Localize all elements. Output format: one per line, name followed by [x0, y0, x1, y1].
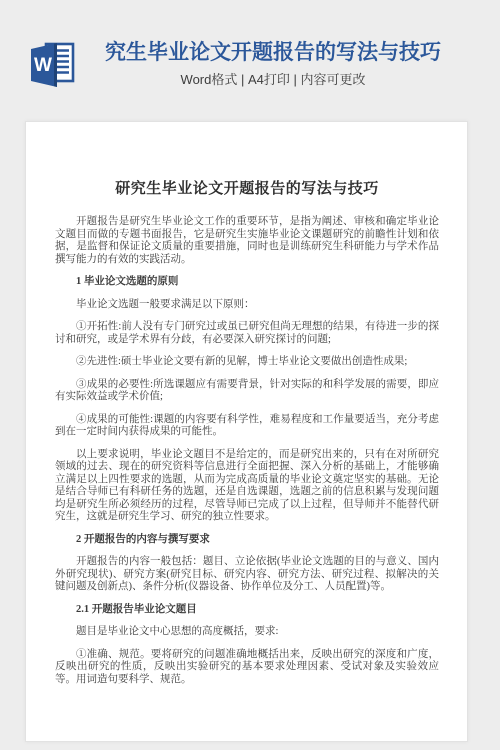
header-text-block: 究生毕业论文开题报告的写法与技巧 Word格式 | A4打印 | 内容可更改 [46, 41, 500, 87]
document-paragraph: 开题报告是研究生毕业论文工作的重要环节，是指为阐述、审核和确定毕业论文题目而做的… [55, 216, 439, 266]
document-paragraph: ①开拓性:前人没有专门研究过或虽已研究但尚无理想的结果，有待进一步的探讨和研究，… [55, 321, 439, 346]
document-paragraph: ①准确、规范。要将研究的问题准确地概括出来，反映出研究的深度和广度，反映出研究的… [55, 649, 439, 687]
document-paragraph: 毕业论文选题一般要求满足以下原则： [55, 299, 439, 312]
document-title: 研究生毕业论文开题报告的写法与技巧 [55, 177, 439, 198]
document-paragraph: 以上要求说明，毕业论文题目不是给定的，而是研究出来的，只有在对所研究领域的过去、… [55, 449, 439, 524]
page-title: 究生毕业论文开题报告的写法与技巧 [46, 41, 500, 65]
document-paragraph: 题目是毕业论文中心思想的高度概括，要求: [55, 626, 439, 639]
document-heading: 2.1 开题报告毕业论文题目 [55, 604, 439, 617]
document-body: 开题报告是研究生毕业论文工作的重要环节，是指为阐述、审核和确定毕业论文题目而做的… [55, 216, 439, 686]
document-preview-page: 研究生毕业论文开题报告的写法与技巧 开题报告是研究生毕业论文工作的重要环节，是指… [25, 121, 468, 742]
document-paragraph: ③成果的必要性:所选课题应有需要背景，针对实际的和科学发展的需要，即应有实际效益… [55, 379, 439, 404]
document-paragraph: ②先进性:硕士毕业论文要有新的见解，博士毕业论文要做出创造性成果; [55, 356, 439, 369]
page-subtitle: Word格式 | A4打印 | 内容可更改 [46, 72, 500, 87]
header: W 究生毕业论文开题报告的写法与技巧 Word格式 | A4打印 | 内容可更改 [0, 0, 500, 121]
document-paragraph: 开题报告的内容一般包括：题目、立论依据(毕业论文选题的目的与意义、国内外研究现状… [55, 556, 439, 594]
document-paragraph: ④成果的可能性:课题的内容要有科学性，难易程度和工作量要适当，充分考虑到在一定时… [55, 414, 439, 439]
document-heading: 1 毕业论文选题的原则 [55, 276, 439, 289]
document-content: 研究生毕业论文开题报告的写法与技巧 开题报告是研究生毕业论文工作的重要环节，是指… [26, 122, 467, 686]
document-heading: 2 开题报告的内容与撰写要求 [55, 534, 439, 547]
